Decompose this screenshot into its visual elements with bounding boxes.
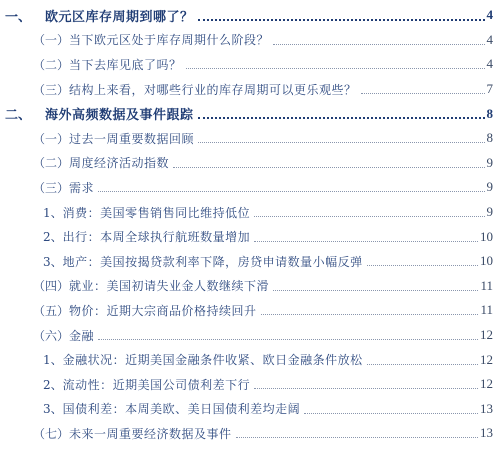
dot-leader bbox=[236, 436, 478, 438]
dot-leader bbox=[173, 166, 484, 168]
toc-entry[interactable]: （三） 结构上来看，对哪些行业的库存周期可以更乐观些？ 7 bbox=[0, 77, 500, 102]
toc-entry[interactable]: （五） 物价：近期大宗商品价格持续回升 11 bbox=[0, 298, 500, 323]
toc-entry-page: 9 bbox=[487, 155, 494, 171]
toc-entry-page: 10 bbox=[480, 229, 493, 245]
toc-entry-section-2[interactable]: 二、 海外高频数据及事件跟踪 8 bbox=[0, 101, 500, 126]
toc-entry-number: （二） bbox=[33, 154, 69, 171]
toc-entry-number: （三） bbox=[33, 179, 69, 196]
toc-entry-number: 2、 bbox=[43, 376, 63, 393]
toc-entry-title: 需求 bbox=[69, 179, 94, 196]
dot-leader bbox=[186, 67, 485, 69]
toc-entry-page: 4 bbox=[487, 32, 494, 48]
toc-entry-title: 过去一周重要数据回顾 bbox=[69, 130, 194, 147]
toc-entry-title: 地产：美国按揭贷款利率下降，房贷申请数量小幅反弹 bbox=[63, 253, 363, 270]
dot-leader bbox=[361, 92, 485, 94]
toc-entry-number: （三） bbox=[33, 81, 69, 98]
toc-entry-number: （六） bbox=[33, 327, 69, 344]
toc-entry-title: 流动性：近期美国公司债利差下行 bbox=[63, 376, 251, 393]
toc-entry-number: 二、 bbox=[5, 104, 31, 123]
toc-entry-page: 13 bbox=[480, 425, 493, 441]
dot-leader bbox=[304, 412, 478, 414]
toc-entry-page: 9 bbox=[487, 204, 494, 220]
dot-leader bbox=[254, 387, 478, 389]
toc-entry-number: 2、 bbox=[43, 228, 63, 245]
toc-entry-page: 12 bbox=[480, 352, 493, 368]
toc-entry-page: 4 bbox=[487, 56, 494, 72]
toc-entry-number: 3、 bbox=[43, 400, 63, 417]
toc-entry-page: 11 bbox=[480, 302, 493, 318]
toc-entry[interactable]: 1、 消费：美国零售销售同比维持低位 9 bbox=[0, 200, 500, 225]
toc-entry-page: 11 bbox=[480, 278, 493, 294]
toc-entry-page: 8 bbox=[487, 106, 494, 122]
toc-entry-number: 1、 bbox=[43, 351, 63, 368]
toc-entry-number: （五） bbox=[33, 302, 69, 319]
toc-entry[interactable]: （七） 未来一周重要经济数据及事件 13 bbox=[0, 421, 500, 446]
toc-entry-title: 国债利差：本周美欧、美日国债利差均走阔 bbox=[63, 400, 301, 417]
toc-entry-page: 12 bbox=[480, 327, 493, 343]
toc-entry-title: 金融 bbox=[69, 327, 94, 344]
toc-entry[interactable]: （三） 需求 9 bbox=[0, 175, 500, 200]
toc-entry-title: 周度经济活动指数 bbox=[69, 154, 169, 171]
toc-entry-number: 一、 bbox=[5, 6, 31, 25]
dot-leader bbox=[198, 116, 485, 119]
toc-entry-title: 就业：美国初请失业金人数继续下滑 bbox=[69, 277, 269, 294]
toc-entry[interactable]: （六） 金融 12 bbox=[0, 323, 500, 348]
toc-entry-number: 1、 bbox=[43, 204, 63, 221]
toc-entry-title: 海外高频数据及事件跟踪 bbox=[45, 104, 194, 123]
toc-entry-number: （七） bbox=[33, 425, 69, 442]
toc-entry[interactable]: 1、 金融状况：近期美国金融条件收紧、欧日金融条件放松 12 bbox=[0, 347, 500, 372]
toc-entry-title: 当下去库见底了吗？ bbox=[69, 56, 182, 73]
toc-entry-title: 未来一周重要经济数据及事件 bbox=[69, 425, 232, 442]
toc-entry-number: （一） bbox=[33, 31, 69, 48]
toc-entry[interactable]: 2、 流动性：近期美国公司债利差下行 12 bbox=[0, 372, 500, 397]
toc-entry[interactable]: （一） 过去一周重要数据回顾 8 bbox=[0, 126, 500, 151]
toc-entry-page: 10 bbox=[480, 253, 493, 269]
toc-entry-number: （二） bbox=[33, 56, 69, 73]
dot-leader bbox=[367, 264, 478, 266]
dot-leader bbox=[254, 215, 484, 217]
dot-leader bbox=[254, 240, 478, 242]
dot-leader bbox=[98, 338, 478, 340]
toc-entry-page: 4 bbox=[487, 7, 494, 23]
toc-entry-number: 3、 bbox=[43, 253, 63, 270]
dot-leader bbox=[198, 18, 485, 21]
toc-entry-page: 12 bbox=[480, 376, 493, 392]
toc-entry[interactable]: （一） 当下欧元区处于库存周期什么阶段？ 4 bbox=[0, 28, 500, 53]
toc-entry-title: 消费：美国零售销售同比维持低位 bbox=[63, 204, 251, 221]
toc-entry-title: 当下欧元区处于库存周期什么阶段？ bbox=[69, 31, 269, 48]
toc-entry[interactable]: （四） 就业：美国初请失业金人数继续下滑 11 bbox=[0, 274, 500, 299]
dot-leader bbox=[273, 289, 478, 291]
toc-entry-title: 欧元区库存周期到哪了？ bbox=[45, 6, 194, 25]
toc-entry-section-1[interactable]: 一、 欧元区库存周期到哪了？ 4 bbox=[0, 3, 500, 28]
toc-entry[interactable]: 3、 国债利差：本周美欧、美日国债利差均走阔 13 bbox=[0, 397, 500, 422]
toc-entry[interactable]: 3、 地产：美国按揭贷款利率下降，房贷申请数量小幅反弹 10 bbox=[0, 249, 500, 274]
toc-entry-title: 结构上来看，对哪些行业的库存周期可以更乐观些？ bbox=[69, 81, 357, 98]
dot-leader bbox=[261, 313, 479, 315]
toc-entry-number: （四） bbox=[33, 277, 69, 294]
toc-entry-title: 出行：本周全球执行航班数量增加 bbox=[63, 228, 251, 245]
toc-entry-page: 8 bbox=[487, 130, 494, 146]
toc-entry[interactable]: 2、 出行：本周全球执行航班数量增加 10 bbox=[0, 224, 500, 249]
dot-leader bbox=[273, 43, 484, 45]
dot-leader bbox=[198, 141, 484, 143]
dot-leader bbox=[98, 190, 484, 192]
dot-leader bbox=[367, 363, 478, 365]
toc-entry[interactable]: （二） 周度经济活动指数 9 bbox=[0, 151, 500, 176]
toc-entry-page: 13 bbox=[480, 401, 493, 417]
toc-entry-page: 9 bbox=[487, 179, 494, 195]
toc-entry-number: （一） bbox=[33, 130, 69, 147]
toc-entry[interactable]: （二） 当下去库见底了吗？ 4 bbox=[0, 52, 500, 77]
toc-entry-page: 7 bbox=[487, 81, 494, 97]
table-of-contents: 一、 欧元区库存周期到哪了？ 4 （一） 当下欧元区处于库存周期什么阶段？ 4 … bbox=[0, 3, 500, 446]
toc-entry-title: 物价：近期大宗商品价格持续回升 bbox=[69, 302, 257, 319]
toc-entry-title: 金融状况：近期美国金融条件收紧、欧日金融条件放松 bbox=[63, 351, 363, 368]
